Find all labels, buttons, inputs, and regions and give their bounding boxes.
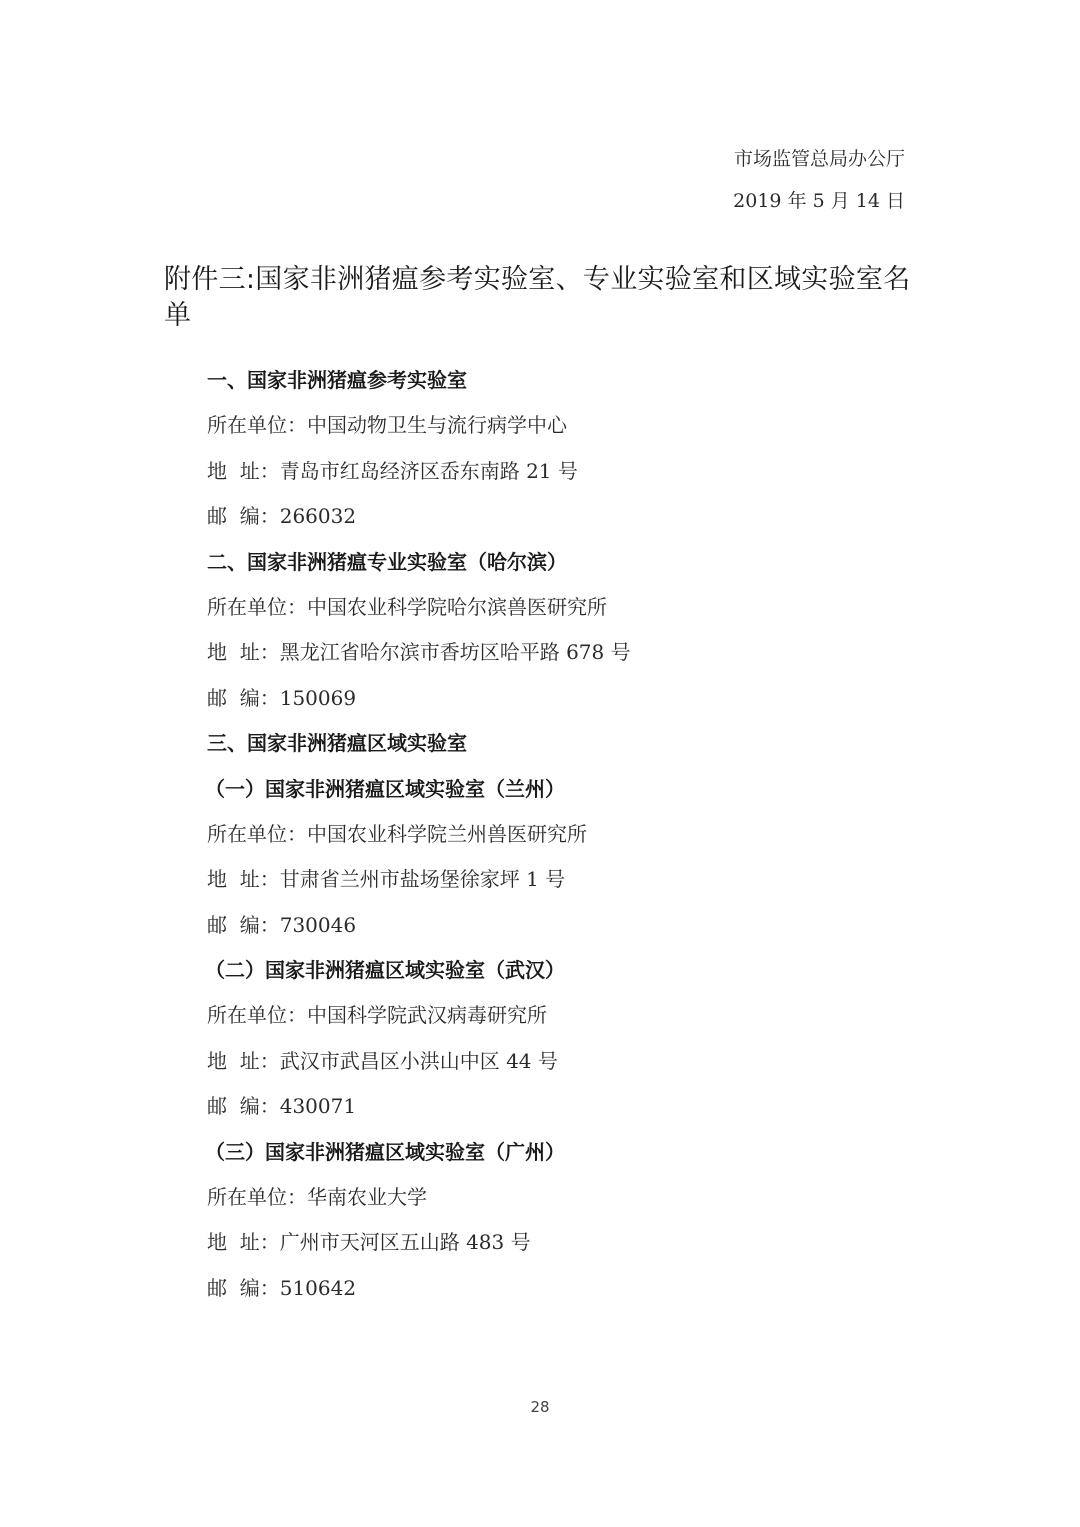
address-label: 地 址： <box>207 1230 280 1254</box>
address-value: 青岛市红岛经济区岙东南路 21 号 <box>280 459 578 483</box>
address-value: 黑龙江省哈尔滨市香坊区哈平路 678 号 <box>280 640 631 664</box>
address-line: 地 址：广州市天河区五山路 483 号 <box>207 1220 927 1265</box>
unit-value: 中国科学院武汉病毒研究所 <box>307 1003 547 1027</box>
unit-label: 所在单位： <box>207 1185 307 1209</box>
unit-line: 所在单位：中国动物卫生与流行病学中心 <box>207 403 927 448</box>
issuing-organization: 市场监管总局办公厅 <box>734 144 905 171</box>
document-body: 一、国家非洲猪瘟参考实验室 所在单位：中国动物卫生与流行病学中心 地 址：青岛市… <box>207 358 927 1311</box>
postcode-label: 邮 编： <box>207 913 280 937</box>
postcode-label: 邮 编： <box>207 686 280 710</box>
postcode-value: 150069 <box>280 686 356 710</box>
section-heading: 一、国家非洲猪瘟参考实验室 <box>207 358 927 403</box>
unit-line: 所在单位：中国农业科学院兰州兽医研究所 <box>207 812 927 857</box>
subsection-heading: （二）国家非洲猪瘟区域实验室（武汉） <box>205 948 927 993</box>
unit-line: 所在单位：中国农业科学院哈尔滨兽医研究所 <box>207 585 927 630</box>
postcode-value: 510642 <box>280 1276 356 1300</box>
postcode-value: 266032 <box>280 504 356 528</box>
page-number: 28 <box>0 1398 1080 1416</box>
postcode-label: 邮 编： <box>207 1094 280 1118</box>
address-label: 地 址： <box>207 640 280 664</box>
address-value: 武汉市武昌区小洪山中区 44 号 <box>280 1049 558 1073</box>
subsection-heading: （一）国家非洲猪瘟区域实验室（兰州） <box>205 767 927 812</box>
unit-label: 所在单位： <box>207 1003 307 1027</box>
address-value: 甘肃省兰州市盐场堡徐家坪 1 号 <box>280 867 565 891</box>
postcode-label: 邮 编： <box>207 504 280 528</box>
postcode-line: 邮 编：430071 <box>207 1084 927 1129</box>
address-line: 地 址：黑龙江省哈尔滨市香坊区哈平路 678 号 <box>207 630 927 675</box>
section-heading: 二、国家非洲猪瘟专业实验室（哈尔滨） <box>207 540 927 585</box>
postcode-value: 430071 <box>280 1094 356 1118</box>
postcode-line: 邮 编：510642 <box>207 1266 927 1311</box>
issue-date: 2019 年 5 月 14 日 <box>733 186 905 213</box>
unit-line: 所在单位：华南农业大学 <box>207 1175 927 1220</box>
address-line: 地 址：甘肃省兰州市盐场堡徐家坪 1 号 <box>207 857 927 902</box>
postcode-line: 邮 编：730046 <box>207 903 927 948</box>
address-label: 地 址： <box>207 867 280 891</box>
address-label: 地 址： <box>207 459 280 483</box>
unit-value: 中国农业科学院哈尔滨兽医研究所 <box>307 595 607 619</box>
postcode-line: 邮 编：266032 <box>207 494 927 539</box>
address-line: 地 址：武汉市武昌区小洪山中区 44 号 <box>207 1039 927 1084</box>
unit-label: 所在单位： <box>207 595 307 619</box>
unit-value: 中国动物卫生与流行病学中心 <box>307 413 567 437</box>
unit-label: 所在单位： <box>207 413 307 437</box>
unit-line: 所在单位：中国科学院武汉病毒研究所 <box>207 993 927 1038</box>
section-heading: 三、国家非洲猪瘟区域实验室 <box>207 721 927 766</box>
postcode-label: 邮 编： <box>207 1276 280 1300</box>
unit-value: 华南农业大学 <box>307 1185 427 1209</box>
postcode-line: 邮 编：150069 <box>207 676 927 721</box>
attachment-title: 附件三:国家非洲猪瘟参考实验室、专业实验室和区域实验室名单 <box>164 262 924 334</box>
unit-label: 所在单位： <box>207 822 307 846</box>
address-label: 地 址： <box>207 1049 280 1073</box>
address-value: 广州市天河区五山路 483 号 <box>280 1230 531 1254</box>
address-line: 地 址：青岛市红岛经济区岙东南路 21 号 <box>207 449 927 494</box>
postcode-value: 730046 <box>280 913 356 937</box>
subsection-heading: （三）国家非洲猪瘟区域实验室（广州） <box>205 1130 927 1175</box>
unit-value: 中国农业科学院兰州兽医研究所 <box>307 822 587 846</box>
